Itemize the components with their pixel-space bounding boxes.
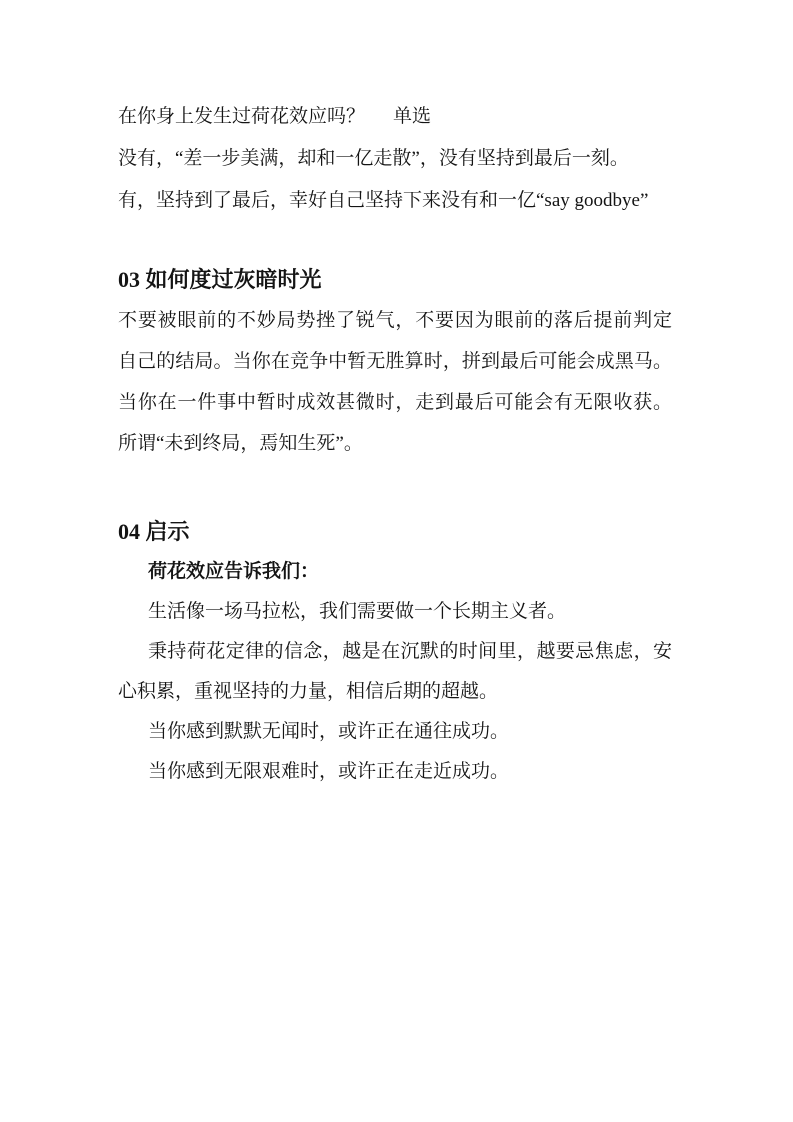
poll-type-label: 单选 <box>393 106 431 127</box>
paragraph-line: 所谓“未到终局，焉知生死”。 <box>118 423 672 464</box>
poll-option-no: 没有，“差一步美满，却和一亿走散”，没有坚持到最后一刻。 <box>118 138 672 180</box>
document-content: 在你身上发生过荷花效应吗？单选 没有，“差一步美满，却和一亿走散”，没有坚持到最… <box>118 96 672 792</box>
section-04-subheading: 荷花效应告诉我们： <box>118 552 672 592</box>
poll-question: 在你身上发生过荷花效应吗？ <box>118 106 365 127</box>
section-03-paragraph: 不要被眼前的不妙局势挫了锐气，不要因为眼前的落后提前判定 自己的结局。当你在竞争… <box>118 300 672 464</box>
paragraph-line: 当你感到默默无闻时，或许正在通往成功。 <box>118 712 672 752</box>
paragraph-line: 自己的结局。当你在竞争中暂无胜算时，拼到最后可能会成黑马。 <box>118 341 672 382</box>
paragraph-line: 当你在一件事中暂时成效甚微时，走到最后可能会有无限收获。 <box>118 382 672 423</box>
paragraph-line: 当你感到无限艰难时，或许正在走近成功。 <box>118 752 672 792</box>
poll-question-line: 在你身上发生过荷花效应吗？单选 <box>118 96 672 138</box>
paragraph-line: 秉持荷花定律的信念，越是在沉默的时间里，越要忌焦虑，安 <box>118 632 672 672</box>
document-page: 在你身上发生过荷花效应吗？单选 没有，“差一步美满，却和一亿走散”，没有坚持到最… <box>0 0 793 1122</box>
paragraph-line: 不要被眼前的不妙局势挫了锐气，不要因为眼前的落后提前判定 <box>118 300 672 341</box>
paragraph-line: 生活像一场马拉松，我们需要做一个长期主义者。 <box>118 592 672 632</box>
section-04-body: 荷花效应告诉我们： 生活像一场马拉松，我们需要做一个长期主义者。 秉持荷花定律的… <box>118 552 672 792</box>
section-04-heading: 04 启示 <box>118 511 672 552</box>
section-03-heading: 03 如何度过灰暗时光 <box>118 259 672 300</box>
poll-option-yes: 有，坚持到了最后，幸好自己坚持下来没有和一亿“say goodbye” <box>118 180 672 222</box>
paragraph-line: 心积累，重视坚持的力量，相信后期的超越。 <box>118 672 672 712</box>
